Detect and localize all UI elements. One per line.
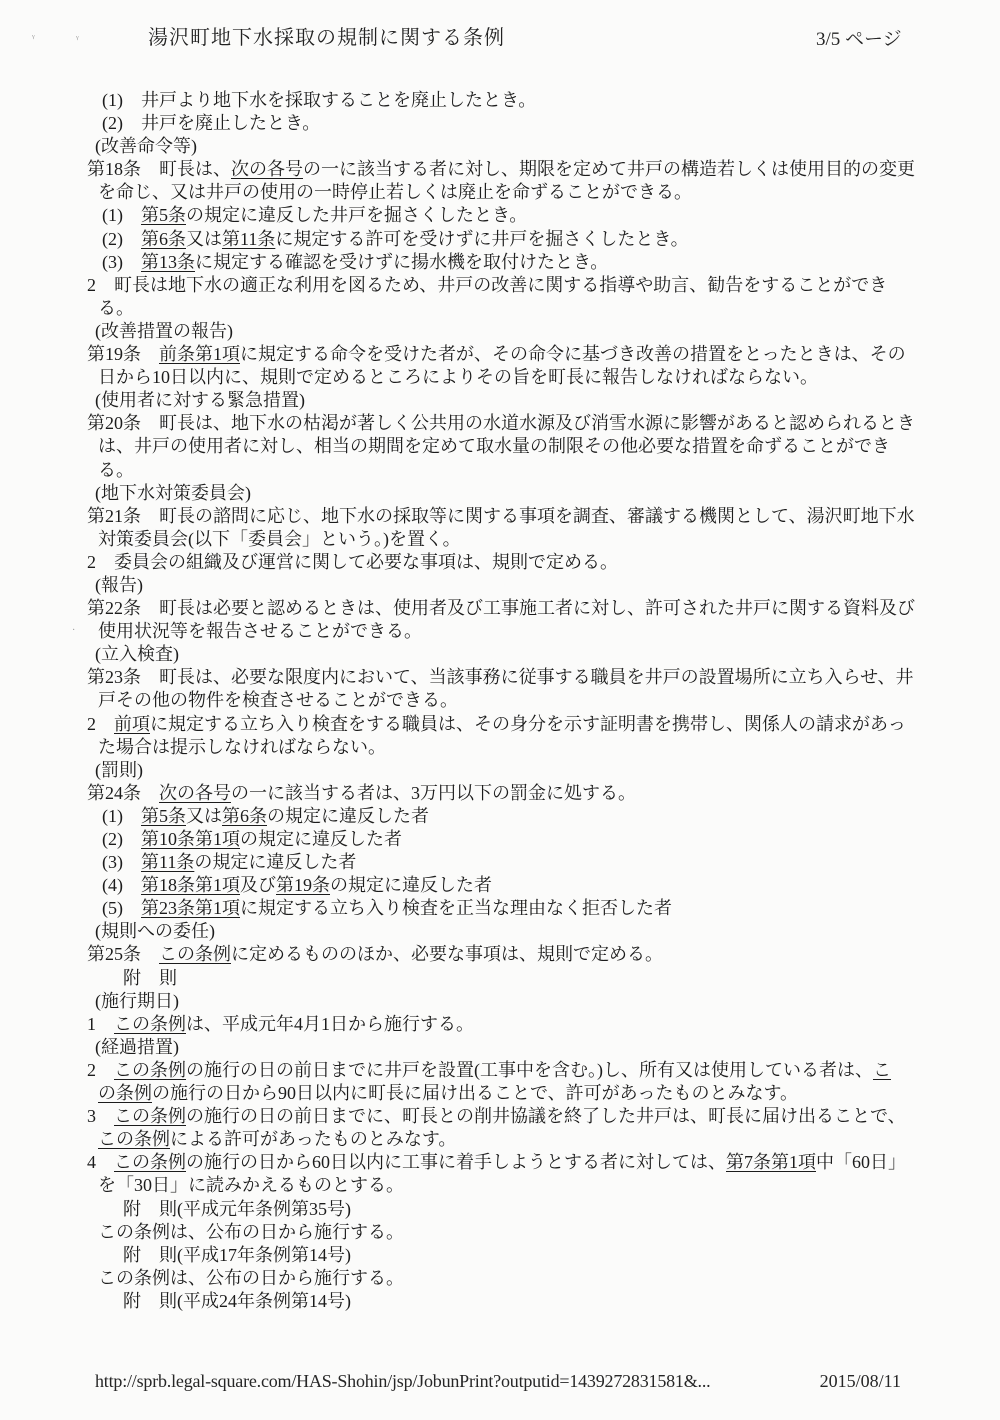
document-line: た場合は提示しなければならない。 [98,736,925,759]
document-title: 湯沢町地下水採取の規制に関する条例 [148,21,505,50]
text-segment: (3) [102,852,141,872]
underlined-reference: 前条第1項 [159,344,240,364]
document-line: (地下水対策委員会) [95,482,925,505]
underlined-reference: 第7条第1項 [726,1152,816,1172]
document-line: 2 委員会の組織及び運営に関して必要な事項は、規則で定める。 [87,551,925,574]
document-line: (施行期日) [95,990,925,1013]
text-segment: (改善命令等) [95,136,197,156]
text-segment: (経過措置) [95,1037,179,1057]
text-segment: (4) [102,875,141,895]
text-segment: の施行の日から60日以内に工事に着手しようとする者に対しては、 [186,1152,726,1172]
underlined-reference: 第19条 [276,875,330,895]
text-segment: に規定する命令を受けた者が、その命令に基づき改善の措置をとったときは、その [240,344,906,364]
document-line: (4) 第18条第1項及び第19条の規定に違反した者 [102,874,925,897]
text-segment: 及び [240,875,276,895]
text-segment: 2 委員会の組織及び運営に関して必要な事項は、規則で定める。 [87,552,618,572]
text-segment: た場合は提示しなければならない。 [98,737,386,757]
text-segment: (5) [102,898,141,918]
underlined-reference: 第11条 [141,852,194,872]
document-line: 第18条 町長は、次の各号の一に該当する者に対し、期限を定めて井戸の構造若しくは… [87,158,925,181]
document-line: を命じ、又は井戸の使用の一時停止若しくは廃止を命ずることができる。 [98,181,925,204]
text-segment: 又は [186,229,222,249]
document-line: (3) 第13条に規定する確認を受けずに揚水機を取付けたとき。 [102,251,925,274]
text-segment: 附 則(平成元年条例第35号) [123,1199,351,1219]
document-line: 2 前項に規定する立ち入り検査をする職員は、その身分を示す証明書を携帯し、関係人… [87,713,925,736]
text-segment: (罰則) [95,760,143,780]
text-segment: (2) [102,229,141,249]
document-line: (1) 井戸より地下水を採取することを廃止したとき。 [102,89,925,112]
text-segment: の規定に違反した者 [194,852,356,872]
document-line: 第19条 前条第1項に規定する命令を受けた者が、その命令に基づき改善の措置をとっ… [87,343,925,366]
text-segment: に規定する立ち入り検査をする職員は、その身分を示す証明書を携帯し、関係人の請求が… [150,714,906,734]
text-segment: に規定する確認を受けずに揚水機を取付けたとき。 [195,252,608,272]
text-segment: (規則への委任) [95,921,215,941]
text-segment: は、平成元年4月1日から施行する。 [186,1014,474,1034]
text-segment: 対策委員会(以下「委員会」という。)を置く。 [98,529,461,549]
document-line: 附 則 [123,967,925,990]
document-line: (改善措置の報告) [95,320,925,343]
text-segment: 又は [186,806,222,826]
underlined-reference: この条例 [159,944,231,964]
text-segment: (1) 井戸より地下水を採取することを廃止したとき。 [102,90,536,110]
text-segment: は、井戸の使用者に対し、相当の期間を定めて取水量の制限その他必要な措置を命ずるこ… [98,436,890,456]
underlined-reference: 次の各号 [231,159,303,179]
page-number-indicator: 3/5 ページ [816,24,902,51]
document-line: 附 則(平成24年条例第14号) [123,1290,925,1313]
document-line: 対策委員会(以下「委員会」という。)を置く。 [98,528,925,551]
underlined-reference: 第18条第1項 [141,875,240,895]
text-segment: この条例は、公布の日から施行する。 [98,1268,404,1288]
text-segment: この条例は、公布の日から施行する。 [98,1222,404,1242]
underlined-reference: こ [873,1060,891,1080]
text-segment: 2 町長は地下水の適正な利用を図るため、井戸の改善に関する指導や助言、勧告をする… [87,275,887,295]
document-line: 2 この条例の施行の日の前日までに井戸を設置(工事中を含む。)し、所有又は使用し… [87,1059,925,1082]
underlined-reference: この条例 [114,1060,186,1080]
text-segment: に規定する立ち入り検査を正当な理由なく拒否した者 [240,898,672,918]
text-segment: 戸その他の物件を検査させることができる。 [98,690,458,710]
text-segment: の規定に違反した者 [267,806,429,826]
text-segment: (報告) [95,575,143,595]
document-line: (報告) [95,574,925,597]
scanned-document-page: ᵧ ᵧ · 湯沢町地下水採取の規制に関する条例 3/5 ページ (1) 井戸より… [0,0,1000,1420]
text-segment: 附 則(平成17年条例第14号) [123,1245,351,1265]
document-line: (3) 第11条の規定に違反した者 [102,851,925,874]
underlined-reference: の条例 [98,1083,152,1103]
text-segment: 3 [87,1106,114,1126]
document-body: (1) 井戸より地下水を採取することを廃止したとき。(2) 井戸を廃止したとき。… [87,89,925,1313]
underlined-reference: 第6条 [141,229,186,249]
text-segment: (使用者に対する緊急措置) [95,390,305,410]
document-line: (2) 第6条又は第11条に規定する許可を受けずに井戸を掘さくしたとき。 [102,228,925,251]
text-segment: (改善措置の報告) [95,321,233,341]
document-line: (罰則) [95,759,925,782]
text-segment: 第22条 町長は必要と認めるときは、使用者及び工事施工者に対し、許可された井戸に… [87,598,915,618]
document-line: (経過措置) [95,1036,925,1059]
text-segment: 第25条 [87,944,159,964]
document-line: は、井戸の使用者に対し、相当の期間を定めて取水量の制限その他必要な措置を命ずるこ… [98,435,925,458]
scan-artifact-speck: ᵧ [76,31,79,41]
text-segment: に定めるもののほか、必要な事項は、規則で定める。 [231,944,663,964]
underlined-reference: 第6条 [222,806,267,826]
text-segment: 第18条 町長は、 [87,159,231,179]
document-line: (2) 井戸を廃止したとき。 [102,112,925,135]
text-segment: (2) [102,829,141,849]
document-line: (2) 第10条第1項の規定に違反した者 [102,828,925,851]
document-line: 3 この条例の施行の日の前日までに、町長との削井協議を終了した井戸は、町長に届け… [87,1105,925,1128]
document-line: 第22条 町長は必要と認めるときは、使用者及び工事施工者に対し、許可された井戸に… [87,597,925,620]
document-line: 附 則(平成17年条例第14号) [123,1244,925,1267]
text-segment: の施行の日の前日までに井戸を設置(工事中を含む。)し、所有又は使用している者は、 [186,1060,873,1080]
text-segment: の規定に違反した井戸を掘さくしたとき。 [186,205,527,225]
text-segment: の規定に違反した者 [240,829,402,849]
underlined-reference: この条例 [114,1106,186,1126]
text-segment: 第24条 [87,783,159,803]
document-line: 使用状況等を報告させることができる。 [98,620,925,643]
text-segment: 第21条 町長の諮問に応じ、地下水の採取等に関する事項を調査、審議する機関として… [87,506,915,526]
scan-artifact-speck: ᵧ [32,30,35,40]
text-segment: (1) [102,806,141,826]
document-line: を「30日」に読みかえるものとする。 [98,1174,925,1197]
text-segment: る。 [98,460,134,480]
underlined-reference: 第5条 [141,205,186,225]
text-segment: の一に該当する者は、3万円以下の罰金に処する。 [231,783,636,803]
text-segment: (施行期日) [95,991,179,1011]
underlined-reference: 第10条第1項 [141,829,240,849]
text-segment: 使用状況等を報告させることができる。 [98,621,422,641]
document-line: (使用者に対する緊急措置) [95,389,925,412]
text-segment: を命じ、又は井戸の使用の一時停止若しくは廃止を命ずることができる。 [98,182,692,202]
document-line: (立入検査) [95,643,925,666]
text-segment: 2 [87,714,114,734]
document-line: この条例による許可があったものとみなす。 [98,1128,925,1151]
document-line: (5) 第23条第1項に規定する立ち入り検査を正当な理由なく拒否した者 [102,897,925,920]
text-segment: 附 則(平成24年条例第14号) [123,1291,351,1311]
text-segment: に規定する許可を受けずに井戸を掘さくしたとき。 [275,229,688,249]
document-line: 第21条 町長の諮問に応じ、地下水の採取等に関する事項を調査、審議する機関として… [87,505,925,528]
underlined-reference: 第5条 [141,806,186,826]
footer-print-date: 2015/08/11 [820,1371,901,1392]
document-line: (1) 第5条の規定に違反した井戸を掘さくしたとき。 [102,204,925,227]
underlined-reference: この条例 [114,1014,186,1034]
text-segment: (立入検査) [95,644,179,664]
text-segment: の一に該当する者に対し、期限を定めて井戸の構造若しくは使用目的の変更 [303,159,915,179]
text-segment: (地下水対策委員会) [95,483,251,503]
document-line: 2 町長は地下水の適正な利用を図るため、井戸の改善に関する指導や助言、勧告をする… [87,274,925,297]
document-line: 附 則(平成元年条例第35号) [123,1198,925,1221]
text-segment: 4 [87,1152,114,1172]
print-footer: http://sprb.legal-square.com/HAS-Shohin/… [95,1371,901,1392]
text-segment: 第19条 [87,344,159,364]
underlined-reference: 第13条 [141,252,195,272]
document-line: (改善命令等) [95,135,925,158]
text-segment: (1) [102,205,141,225]
document-line: 第20条 町長は、地下水の枯渇が著しく公共用の水道水源及び消雪水源に影響があると… [87,412,925,435]
document-line: 第23条 町長は、必要な限度内において、当該事務に従事する職員を井戸の設置場所に… [87,666,925,689]
document-line: (規則への委任) [95,920,925,943]
underlined-reference: 第23条第1項 [141,898,240,918]
footer-source-url: http://sprb.legal-square.com/HAS-Shohin/… [95,1371,710,1392]
text-segment: る。 [98,298,134,318]
document-line: の条例の施行の日から90日以内に町長に届け出ることで、許可があったものとみなす。 [98,1082,925,1105]
text-segment: 1 [87,1014,114,1034]
text-segment: 附 則 [123,968,177,988]
underlined-reference: この条例 [98,1129,170,1149]
document-line: 第25条 この条例に定めるもののほか、必要な事項は、規則で定める。 [87,943,925,966]
document-line: る。 [98,459,925,482]
text-segment: (2) 井戸を廃止したとき。 [102,113,320,133]
text-segment: (3) [102,252,141,272]
scan-artifact-speck: · [72,626,75,636]
document-line: 4 この条例の施行の日から60日以内に工事に着手しようとする者に対しては、第7条… [87,1151,925,1174]
document-line: 戸その他の物件を検査させることができる。 [98,689,925,712]
document-line: この条例は、公布の日から施行する。 [98,1221,925,1244]
underlined-reference: この条例 [114,1152,186,1172]
text-segment: の施行の日から90日以内に町長に届け出ることで、許可があったものとみなす。 [152,1083,798,1103]
text-segment: 中「60日」 [816,1152,906,1172]
text-segment: 第20条 町長は、地下水の枯渇が著しく公共用の水道水源及び消雪水源に影響があると… [87,413,915,433]
document-line: この条例は、公布の日から施行する。 [98,1267,925,1290]
text-segment: による許可があったものとみなす。 [170,1129,456,1149]
document-line: 日から10日以内に、規則で定めるところによりその旨を町長に報告しなければならない… [98,366,925,389]
text-segment: 第23条 町長は、必要な限度内において、当該事務に従事する職員を井戸の設置場所に… [87,667,914,687]
document-line: (1) 第5条又は第6条の規定に違反した者 [102,805,925,828]
document-line: 第24条 次の各号の一に該当する者は、3万円以下の罰金に処する。 [87,782,925,805]
text-segment: を「30日」に読みかえるものとする。 [98,1175,404,1195]
underlined-reference: 前項 [114,714,150,734]
text-segment: の規定に違反した者 [330,875,492,895]
text-segment: 2 [87,1060,114,1080]
text-segment: の施行の日の前日までに、町長との削井協議を終了した井戸は、町長に届け出ることで、 [186,1106,906,1126]
document-line: 1 この条例は、平成元年4月1日から施行する。 [87,1013,925,1036]
underlined-reference: 第11条 [222,229,275,249]
underlined-reference: 次の各号 [159,783,231,803]
text-segment: 日から10日以内に、規則で定めるところによりその旨を町長に報告しなければならない… [98,367,818,387]
document-line: る。 [98,297,925,320]
